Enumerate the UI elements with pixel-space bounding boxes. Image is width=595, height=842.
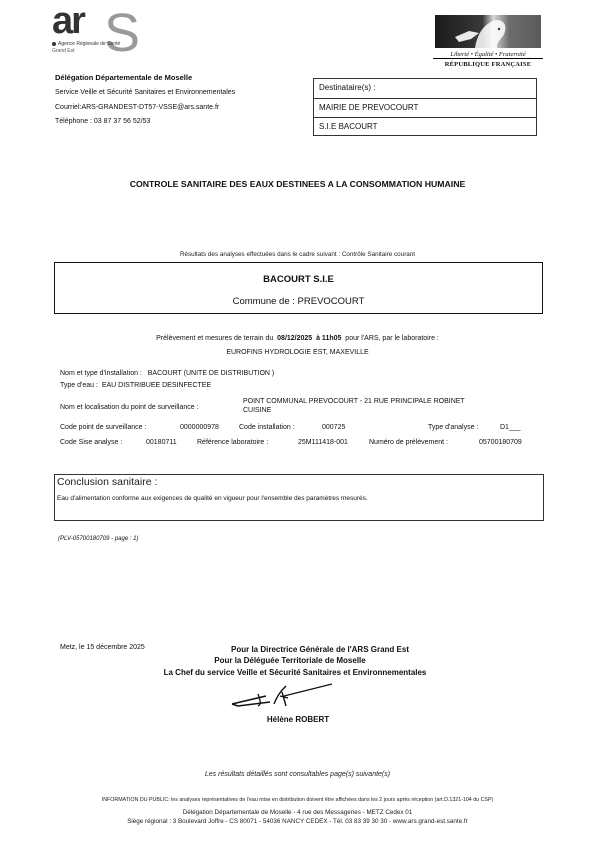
- point-code-value: 0000000978: [180, 424, 219, 431]
- analysis-context: Résultats des analyses effectuées dans l…: [0, 251, 595, 258]
- water-type-label: Type d'eau :: [60, 382, 98, 389]
- document-title: CONTROLE SANITAIRE DES EAUX DESTINEES A …: [0, 179, 595, 189]
- sender-phone: Téléphone : 03 87 37 56 52/53: [55, 118, 150, 125]
- installation-field: Nom et type d'installation : BACOURT (UN…: [60, 370, 274, 377]
- sampling-prefix: Prélèvement et mesures de terrain du: [156, 335, 273, 342]
- sise-label: Code Sise analyse :: [60, 439, 122, 446]
- installation-code-value: 000725: [322, 424, 345, 431]
- signer-name: Hélène ROBERT: [248, 715, 348, 724]
- ars-logo-subtitle: Agence Régionale de Santé: [52, 41, 120, 47]
- water-type-value: EAU DISTRIBUEE DESINFECTEE: [102, 382, 211, 389]
- marianne-icon: [435, 15, 541, 48]
- republique-name: RÉPUBLIQUE FRANÇAISE: [433, 61, 543, 68]
- installation-value: BACOURT (UNITE DE DISTRIBUTION ): [148, 370, 275, 377]
- installation-label: Nom et type d'installation :: [60, 370, 142, 377]
- sample-number-label: Numéro de prélèvement :: [369, 439, 448, 446]
- ars-logo-letters: ar: [52, 0, 84, 43]
- water-type-field: Type d'eau : EAU DISTRIBUEE DESINFECTEE: [60, 382, 211, 389]
- recipient-item: MAIRIE DE PREVOCOURT: [314, 99, 536, 119]
- recipient-item: S.I.E BACOURT: [314, 118, 536, 137]
- signature-line-1: Pour la Directrice Générale de l'ARS Gra…: [170, 645, 470, 654]
- ars-logo-region: Grand Est: [52, 48, 75, 54]
- point-value-line2: CUISINE: [243, 407, 271, 414]
- sampling-suffix: pour l'ARS, par le laboratoire :: [345, 335, 439, 342]
- signature-line-3: La Chef du service Veille et Sécurité Sa…: [125, 668, 465, 677]
- point-code-label: Code point de surveillance :: [60, 424, 146, 431]
- sender-name: Délégation Départementale de Moselle: [55, 73, 192, 82]
- lab-ref-value: 25M111418-001: [298, 439, 348, 446]
- handwritten-signature-icon: [228, 680, 338, 710]
- footer-address-1: Délégation Départementale de Moselle - 4…: [0, 809, 595, 816]
- sender-email: Courriel:ARS-GRANDEST-DT57-VSSE@ars.sant…: [55, 104, 219, 111]
- recipients-box: Destinataire(s) : MAIRIE DE PREVOCOURT S…: [313, 78, 537, 136]
- lab-ref-label: Référence laboratoire :: [197, 439, 268, 446]
- public-information: INFORMATION DU PUBLIC: les analyses repr…: [0, 797, 595, 803]
- sampling-date: 08/12/2025: [277, 335, 312, 342]
- ars-logo: ar S Agence Régionale de Santé Grand Est: [52, 8, 152, 60]
- ars-logo-s: S: [104, 2, 140, 64]
- installation-commune: Commune de : PREVOCOURT: [55, 296, 542, 307]
- point-value-line1: POINT COMMUNAL PREVOCOURT - 21 RUE PRINC…: [243, 398, 465, 405]
- footer-address-2: Siège régional : 3 Boulevard Joffre - CS…: [0, 818, 595, 825]
- signature-date: Metz, le 15 décembre 2025: [60, 644, 145, 651]
- installation-name: BACOURT S.I.E: [55, 274, 542, 285]
- republique-francaise-logo: Liberté • Égalité • Fraternité RÉPUBLIQU…: [433, 15, 543, 73]
- installation-box: BACOURT S.I.E Commune de : PREVOCOURT: [54, 262, 543, 314]
- conclusion-title: Conclusion sanitaire :: [57, 476, 157, 488]
- analysis-type-label: Type d'analyse :: [428, 424, 478, 431]
- installation-code-label: Code installation :: [239, 424, 295, 431]
- analysis-type-value: D1___: [500, 424, 521, 431]
- sampling-info: Prélèvement et mesures de terrain du 08/…: [0, 335, 595, 342]
- sampling-time: à 11h05: [316, 335, 341, 342]
- page-reference: (PLV-05700180709 - page : 1): [58, 536, 139, 542]
- sise-value: 00180711: [146, 439, 177, 446]
- sender-service: Service Veille et Sécurité Sanitaires et…: [55, 89, 235, 96]
- recipients-label: Destinataire(s) :: [314, 79, 536, 99]
- signature-line-2: Pour la Déléguée Territoriale de Moselle: [140, 656, 440, 665]
- republique-motto: Liberté • Égalité • Fraternité: [433, 51, 543, 59]
- conclusion-text: Eau d'alimentation conforme aux exigence…: [57, 495, 368, 502]
- point-label: Nom et localisation du point de surveill…: [60, 404, 199, 411]
- results-note: Les résultats détaillés sont consultable…: [0, 771, 595, 778]
- conclusion-box: Conclusion sanitaire : Eau d'alimentatio…: [54, 474, 544, 521]
- sampling-laboratory: EUROFINS HYDROLOGIE EST, MAXEVILLE: [0, 349, 595, 356]
- sample-number-value: 05700180709: [479, 439, 522, 446]
